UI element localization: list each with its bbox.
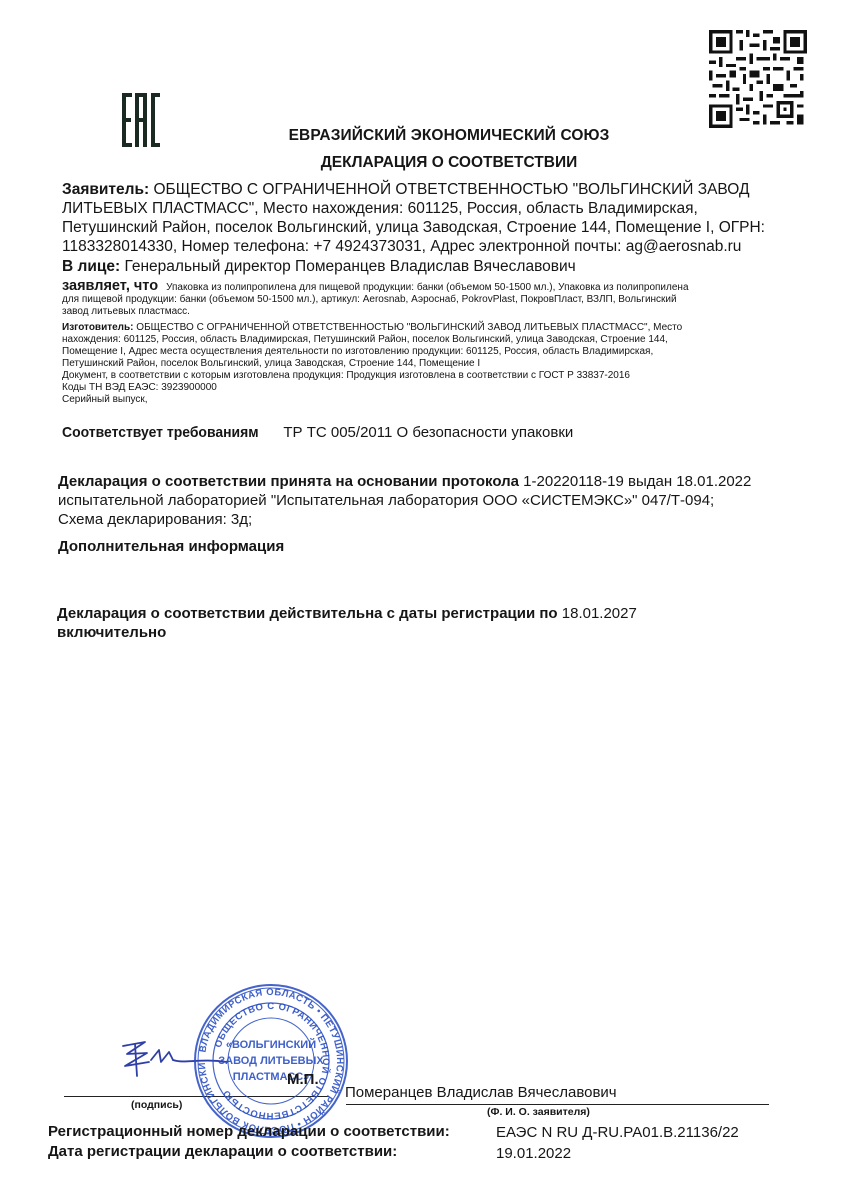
complies-value: ТР ТС 005/2011 О безопасности упаковки [283,424,573,441]
registration-number: ЕАЭС N RU Д-RU.РА01.В.21136/22 [496,1124,739,1141]
signature-caption: (подпись) [131,1099,182,1111]
validity-date: 18.01.2027 [562,605,637,622]
additional-info-label: Дополнительная информация [58,538,284,555]
svg-text:«ВОЛЬГИНСКИЙ: «ВОЛЬГИНСКИЙ [226,1038,316,1051]
registration-date: 19.01.2022 [496,1145,571,1162]
protocol-line: испытательной лабораторией "Испытательна… [58,491,751,510]
applicant-line: ОБЩЕСТВО С ОГРАНИЧЕННОЙ ОТВЕТСТВЕННОСТЬЮ… [154,181,750,198]
person-value: Генеральный директор Померанцев Владисла… [125,258,576,275]
manufacturer-section: Изготовитель: ОБЩЕСТВО С ОГРАНИЧЕННОЙ ОТ… [62,322,682,406]
applicant-name: Померанцев Владислав Вячеславович [345,1084,617,1101]
qr-code-icon [709,30,807,128]
applicant-line: 1183328014330, Номер телефона: +7 492437… [62,237,782,256]
declares-line: Упаковка из полипропилена для пищевой пр… [166,282,688,293]
applicant-section: Заявитель: ОБЩЕСТВО С ОГРАНИЧЕННОЙ ОТВЕТ… [62,180,782,276]
svg-text:ЗАВОД ЛИТЬЕВЫХ: ЗАВОД ЛИТЬЕВЫХ [218,1055,324,1067]
manufacturer-line: Коды ТН ВЭД ЕАЭС: 3923900000 [62,382,682,394]
applicant-line: Петушинский Район, поселок Вольгинский, … [62,218,782,237]
protocol-section: Декларация о соответствии принята на осн… [58,472,751,529]
manufacturer-line: Помещение I, Адрес места осуществления д… [62,346,682,358]
name-line [346,1104,769,1105]
manufacturer-line: ОБЩЕСТВО С ОГРАНИЧЕННОЙ ОТВЕТСТВЕННОСТЬЮ… [136,322,682,333]
person-label: В лице: [62,258,120,275]
validity-label: Декларация о соответствии действительна … [57,605,558,622]
company-stamp-icon: ВЛАДИМИРСКАЯ ОБЛАСТЬ • ПЕТУШИНСКИЙ РАЙОН… [192,982,350,1140]
validity-section: Декларация о соответствии действительна … [57,604,637,642]
seal-place-label: М.П. [287,1071,319,1088]
registration-date-label: Дата регистрации декларации о соответств… [48,1143,397,1160]
complies-label: Соответствует требованиям [62,424,259,441]
manufacturer-label: Изготовитель: [62,322,134,333]
declares-section: заявляет, чтоУпаковка из полипропилена д… [62,280,782,318]
manufacturer-line: Петушинский Район, поселок Вольгинский, … [62,358,682,370]
manufacturer-line: Документ, в соответствии с которым изгот… [62,370,682,382]
declares-line: завод литьевых пластмасс. [62,306,782,318]
document-title: ДЕКЛАРАЦИЯ О СООТВЕТСТВИИ [25,154,848,172]
declares-label: заявляет, что [62,278,158,294]
applicant-line: ЛИТЬЕВЫХ ПЛАСТМАСС", Место нахождения: 6… [62,199,782,218]
name-caption: (Ф. И. О. заявителя) [487,1106,590,1118]
manufacturer-line: нахождения: 601125, Россия, область Влад… [62,334,682,346]
protocol-line: Схема декларирования: 3д; [58,510,751,529]
union-title: ЕВРАЗИЙСКИЙ ЭКОНОМИЧЕСКИЙ СОЮЗ [25,127,848,145]
validity-suffix: включительно [57,623,637,642]
registration-number-label: Регистрационный номер декларации о соотв… [48,1123,450,1140]
protocol-value: 1-20220118-19 выдан 18.01.2022 [523,473,751,490]
applicant-label: Заявитель: [62,181,149,198]
manufacturer-line: Серийный выпуск, [62,394,682,406]
complies-section: Соответствует требованиямТР ТС 005/2011 … [62,424,573,441]
protocol-label: Декларация о соответствии принята на осн… [58,473,519,490]
declares-line: для пищевой продукции: банки (объемом 50… [62,294,782,306]
